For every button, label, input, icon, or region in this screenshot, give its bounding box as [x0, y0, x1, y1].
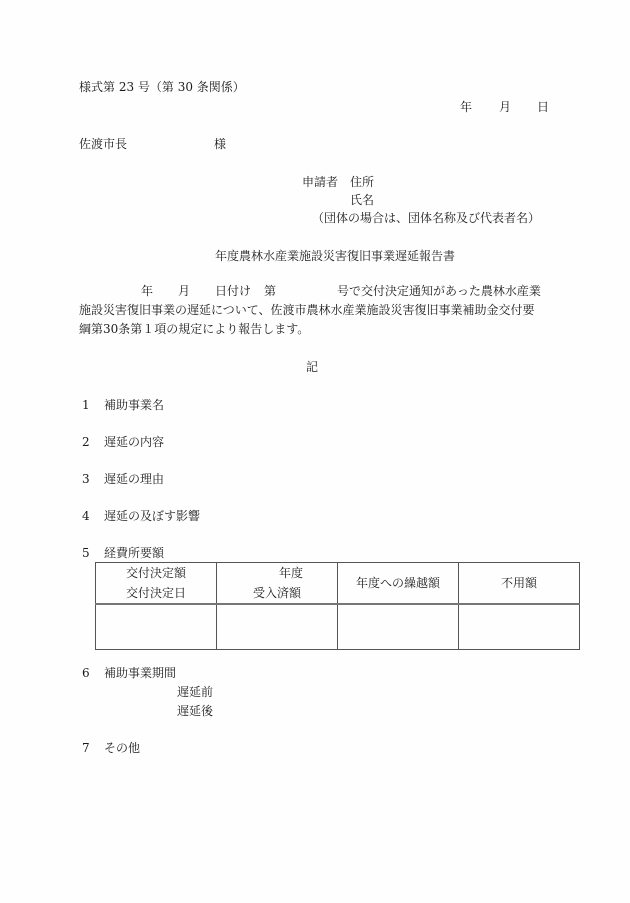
date-month-label: 月 [499, 101, 511, 113]
item-7-label: その他 [104, 742, 140, 754]
header-grant-date: 交付決定日 [96, 583, 216, 603]
body-dai: 第 [264, 285, 276, 297]
item-5-number: 5 [82, 547, 90, 559]
item-5-label: 経費所要額 [104, 547, 164, 559]
cost-table-header-row: 交付決定額 交付決定日 年度 受入済額 年度への繰越額 不用額 [96, 563, 580, 605]
header-carryover-amount: 年度への繰越額 [338, 573, 458, 593]
header-cell-carryover: 年度への繰越額 [338, 563, 459, 605]
item-3-number: 3 [82, 473, 90, 485]
item-3-label: 遅延の理由 [104, 473, 164, 485]
body-line1-rest: 号で交付決定通知があった農林水産業 [337, 285, 541, 297]
form-number: 様式第 23 号（第 30 条関係） [79, 81, 245, 93]
addressee-name: 佐渡市長 [79, 138, 127, 150]
cell-grant-amount[interactable] [96, 604, 217, 650]
item-6-number: 6 [82, 667, 90, 679]
item-2-label: 遅延の内容 [104, 436, 164, 448]
document-title: 年度農林水産業施設災害復旧事業遅延報告書 [215, 250, 455, 262]
cell-carryover-amount[interactable] [338, 604, 459, 650]
applicant-note: （団体の場合は、団体名称及び代表者名） [312, 212, 540, 224]
cost-table: 交付決定額 交付決定日 年度 受入済額 年度への繰越額 不用額 [95, 562, 580, 650]
item-7-number: 7 [82, 742, 90, 754]
header-fiscal-year: 年度 [217, 563, 337, 583]
item-2-number: 2 [82, 436, 90, 448]
cell-received-amount[interactable] [217, 604, 338, 650]
header-cell-grant-amount: 交付決定額 交付決定日 [96, 563, 217, 605]
header-cell-received: 年度 受入済額 [217, 563, 338, 605]
applicant-name-label: 氏名 [350, 194, 374, 206]
period-before-label: 遅延前 [177, 686, 213, 698]
body-year: 年 [141, 285, 153, 297]
table-row [96, 604, 580, 650]
body-line3: 綱第30条第１項の規定により報告します。 [79, 323, 309, 335]
date-day-label: 日 [537, 101, 549, 113]
header-cell-unused: 不用額 [459, 563, 580, 605]
cell-unused-amount[interactable] [459, 604, 580, 650]
header-unused-amount: 不用額 [459, 573, 579, 593]
item-6-label: 補助事業期間 [104, 667, 176, 679]
body-line2: 施設災害復旧事業の遅延について、佐渡市農林水産業施設災害復旧事業補助金交付要 [79, 304, 535, 316]
period-after-label: 遅延後 [177, 705, 213, 717]
ki-heading: 記 [306, 361, 318, 373]
body-day-suffix: 日付け [215, 285, 251, 297]
item-4-number: 4 [82, 510, 90, 522]
body-month: 月 [178, 285, 190, 297]
item-1-label: 補助事業名 [104, 399, 164, 411]
header-received-amount: 受入済額 [217, 583, 337, 603]
applicant-label: 申請者 [302, 176, 338, 188]
addressee-honorific: 様 [214, 138, 226, 150]
item-4-label: 遅延の及ぼす影響 [104, 510, 200, 522]
applicant-address-label: 住所 [350, 176, 374, 188]
header-grant-amount: 交付決定額 [96, 563, 216, 583]
date-year-label: 年 [460, 101, 472, 113]
item-1-number: 1 [82, 399, 90, 411]
